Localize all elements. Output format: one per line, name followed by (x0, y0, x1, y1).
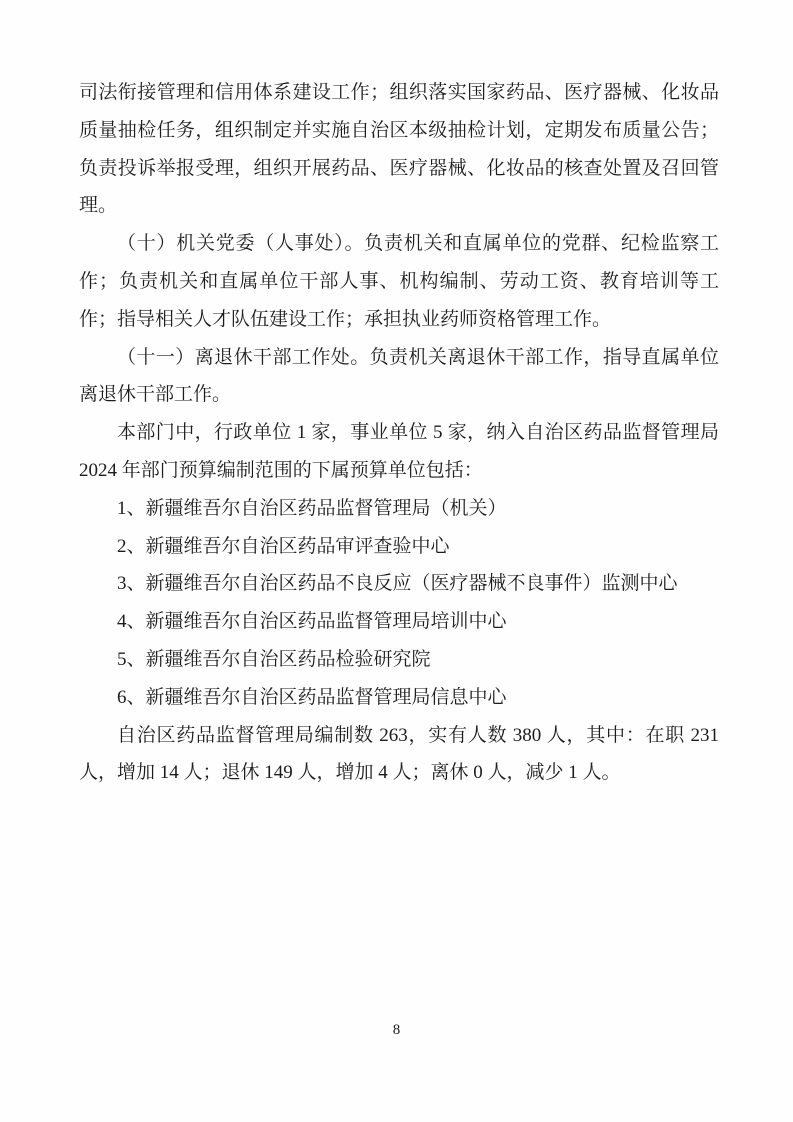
budget-unit-item-6: 6、新疆维吾尔自治区药品监督管理局信息中心 (79, 679, 719, 717)
budget-unit-item-1: 1、新疆维吾尔自治区药品监督管理局（机关） (79, 490, 719, 528)
budget-unit-item-5: 5、新疆维吾尔自治区药品检验研究院 (79, 641, 719, 679)
paragraph-staffing-statistics: 自治区药品监督管理局编制数 263，实有人数 380 人，其中：在职 231 人… (79, 717, 719, 793)
page-number: 8 (0, 1020, 793, 1040)
budget-unit-item-3: 3、新疆维吾尔自治区药品不良反应（医疗器械不良事件）监测中心 (79, 565, 719, 603)
paragraph-section-11-retired-cadres: （十一）离退休干部工作处。负责机关离退休干部工作，指导直属单位离退休干部工作。 (79, 339, 719, 415)
budget-unit-item-2: 2、新疆维吾尔自治区药品审评查验中心 (79, 528, 719, 566)
paragraph-duties-continuation: 司法衔接管理和信用体系建设工作；组织落实国家药品、医疗器械、化妆品质量抽检任务，… (79, 74, 719, 225)
paragraph-budget-units-intro: 本部门中，行政单位 1 家，事业单位 5 家，纳入自治区药品监督管理局 2024… (79, 414, 719, 490)
paragraph-section-10-party-committee: （十）机关党委（人事处）。负责机关和直属单位的党群、纪检监察工作；负责机关和直属… (79, 225, 719, 338)
document-body: 司法衔接管理和信用体系建设工作；组织落实国家药品、医疗器械、化妆品质量抽检任务，… (79, 74, 719, 792)
budget-unit-item-4: 4、新疆维吾尔自治区药品监督管理局培训中心 (79, 603, 719, 641)
document-page: 司法衔接管理和信用体系建设工作；组织落实国家药品、医疗器械、化妆品质量抽检任务，… (0, 0, 793, 1122)
